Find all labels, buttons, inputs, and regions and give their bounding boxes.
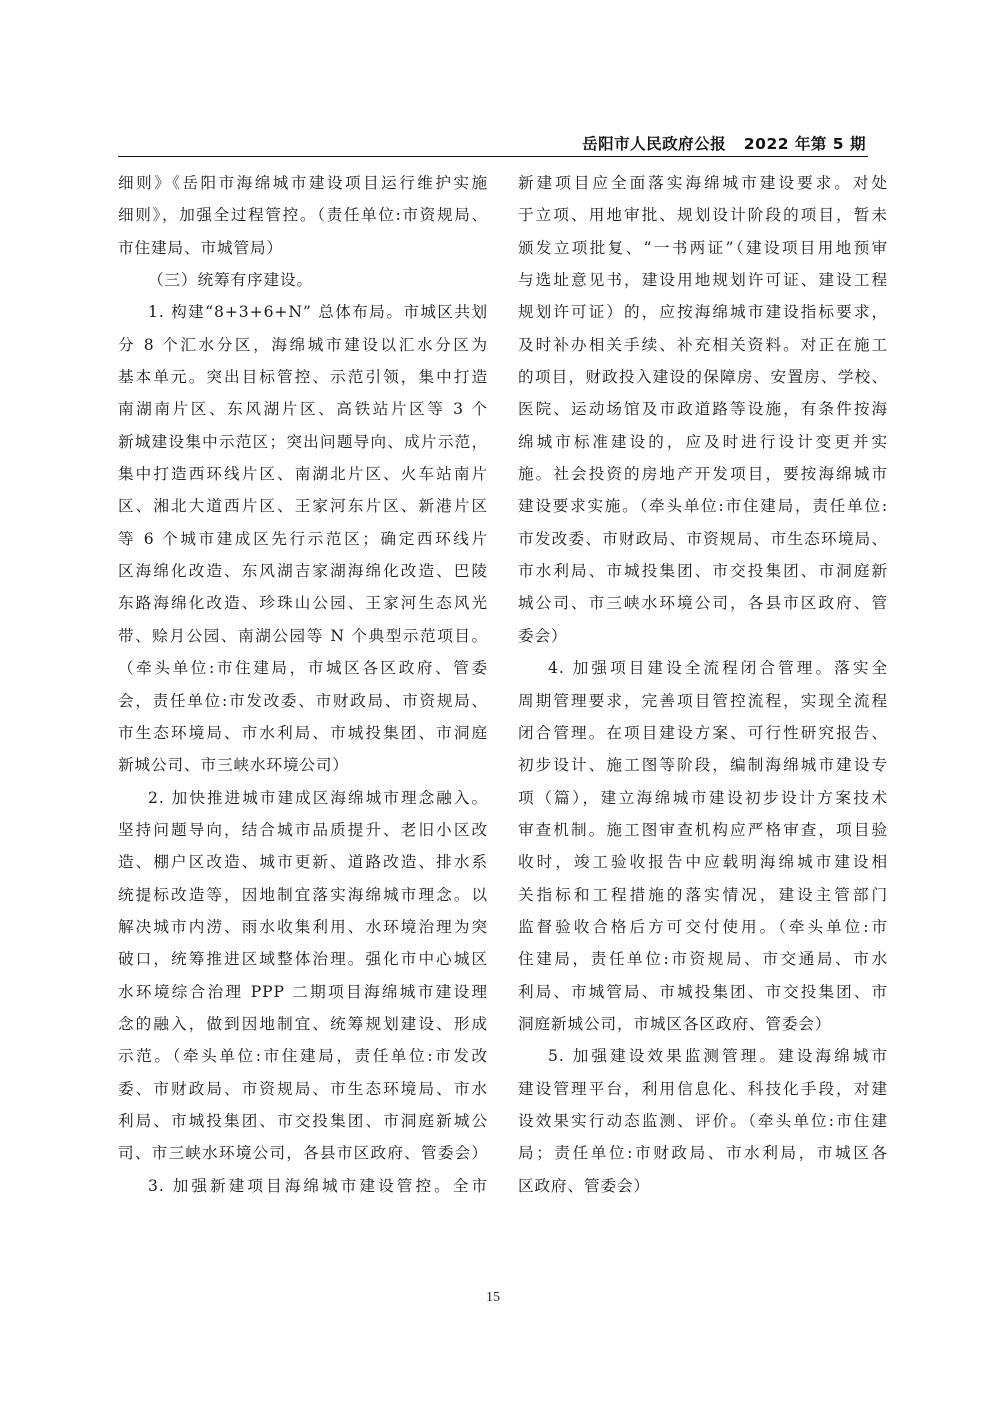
text-line: 审查机制。施工图审查机构应严格审查，项目验 bbox=[518, 814, 888, 846]
text-line: 的项目，财政投入建设的保障房、安置房、学校、 bbox=[518, 361, 888, 393]
text-line: 新城公司、市三峡水环境公司） bbox=[118, 749, 488, 781]
text-line: 建设管理平台，利用信息化、科技化手段，对建 bbox=[518, 1073, 888, 1105]
text-line: 医院、运动场馆及市政道路等设施，有条件按海 bbox=[518, 393, 888, 425]
text-line: 设效果实行动态监测、评价。（牵头单位:市住建 bbox=[518, 1105, 888, 1137]
text-line: 基本单元。突出目标管控、示范引领，集中打造 bbox=[118, 361, 488, 393]
text-line: 司、市三峡水环境公司，各县市区政府、管委会） bbox=[118, 1137, 488, 1169]
header-title: 岳阳市人民政府公报 2022 年第 5 期 bbox=[582, 132, 866, 154]
text-line: 颁发立项批复、“一书两证”（建设项目用地预审 bbox=[518, 232, 888, 264]
text-line: 新建项目应全面落实海绵城市建设要求。对处 bbox=[518, 167, 888, 199]
text-line: 坚持问题导向，结合城市品质提升、老旧小区改 bbox=[118, 814, 488, 846]
text-line: 集中打造西环线片区、南湖北片区、火车站南片 bbox=[118, 458, 488, 490]
text-line: 南湖南片区、东风湖片区、高铁站片区等 3 个 bbox=[118, 393, 488, 425]
text-line: 区政府、管委会） bbox=[518, 1170, 888, 1202]
text-line: 等 6 个城市建成区先行示范区；确定西环线片 bbox=[118, 523, 488, 555]
text-line: 利局、市城投集团、市交投集团、市洞庭新城公 bbox=[118, 1105, 488, 1137]
text-line: 绵城市标准建设的，应及时进行设计变更并实 bbox=[518, 426, 888, 458]
text-line: 项（篇），建立海绵城市建设初步设计方案技术 bbox=[518, 782, 888, 814]
text-line: 施。社会投资的房地产开发项目，要按海绵城市 bbox=[518, 458, 888, 490]
text-line: 洞庭新城公司，市城区各区政府、管委会） bbox=[518, 1008, 888, 1040]
text-line: 2. 加快推进城市建成区海绵城市理念融入。 bbox=[118, 782, 488, 814]
running-header: 岳阳市人民政府公报 2022 年第 5 期 bbox=[118, 128, 868, 157]
text-line: 造、棚户区改造、城市更新、道路改造、排水系 bbox=[118, 846, 488, 878]
text-line: 监督验收合格后方可交付使用。（牵头单位:市 bbox=[518, 911, 888, 943]
text-line: 带、赊月公园、南湖公园等 N 个典型示范项目。 bbox=[118, 620, 488, 652]
publication-name: 岳阳市人民政府公报 bbox=[582, 135, 726, 153]
text-line: （三）统筹有序建设。 bbox=[118, 264, 488, 296]
text-line: 统提标改造等，因地制宜落实海绵城市理念。以 bbox=[118, 879, 488, 911]
text-line: 委会） bbox=[518, 620, 888, 652]
text-line: 初步设计、施工图等阶段，编制海绵城市建设专 bbox=[518, 749, 888, 781]
text-line: 破口，统筹推进区域整体治理。强化市中心城区 bbox=[118, 943, 488, 975]
text-line: 区、湘北大道西片区、王家河东片区、新港片区 bbox=[118, 490, 488, 522]
text-line: （牵头单位:市住建局，市城区各区政府、管委 bbox=[118, 652, 488, 684]
text-line: 细则》，加强全过程管控。（责任单位:市资规局、 bbox=[118, 199, 488, 231]
text-line: 水环境综合治理 PPP 二期项目海绵城市建设理 bbox=[118, 976, 488, 1008]
text-line: 城公司、市三峡水环境公司，各县市区政府、管 bbox=[518, 587, 888, 619]
text-line: 东路海绵化改造、珍珠山公园、王家河生态风光 bbox=[118, 587, 488, 619]
text-line: 1. 构建“8+3+6+N” 总体布局。市城区共划 bbox=[118, 296, 488, 328]
text-line: 于立项、用地审批、规划设计阶段的项目，暂未 bbox=[518, 199, 888, 231]
text-line: 与选址意见书，建设用地规划许可证、建设工程 bbox=[518, 264, 888, 296]
text-line: 区海绵化改造、东风湖吉家湖海绵化改造、巴陵 bbox=[118, 555, 488, 587]
left-column: 细则》《岳阳市海绵城市建设项目运行维护实施细则》，加强全过程管控。（责任单位:市… bbox=[118, 167, 488, 1202]
text-line: 4. 加强项目建设全流程闭合管理。落实全 bbox=[518, 652, 888, 684]
text-line: 5. 加强建设效果监测管理。建设海绵城市 bbox=[518, 1040, 888, 1072]
text-line: 建设要求实施。（牵头单位:市住建局，责任单位: bbox=[518, 490, 888, 522]
text-line: 周期管理要求，完善项目管控流程，实现全流程 bbox=[518, 685, 888, 717]
text-line: 委、市财政局、市资规局、市生态环境局、市水 bbox=[118, 1073, 488, 1105]
text-line: 市生态环境局、市水利局、市城投集团、市洞庭 bbox=[118, 717, 488, 749]
text-line: 闭合管理。在项目建设方案、可行性研究报告、 bbox=[518, 717, 888, 749]
text-line: 及时补办相关手续、补充相关资料。对正在施工 bbox=[518, 329, 888, 361]
text-line: 收时，竣工验收报告中应载明海绵城市建设相 bbox=[518, 846, 888, 878]
text-line: 关指标和工程措施的落实情况，建设主管部门 bbox=[518, 879, 888, 911]
text-line: 局；责任单位:市财政局、市水利局，市城区各 bbox=[518, 1137, 888, 1169]
text-line: 解决城市内涝、雨水收集利用、水环境治理为突 bbox=[118, 911, 488, 943]
text-line: 念的融入，做到因地制宜、统筹规划建设、形成 bbox=[118, 1008, 488, 1040]
text-line: 规划许可证）的，应按海绵城市建设指标要求， bbox=[518, 296, 888, 328]
text-line: 会，责任单位:市发改委、市财政局、市资规局、 bbox=[118, 685, 488, 717]
text-line: 市住建局、市城管局） bbox=[118, 232, 488, 264]
text-line: 3. 加强新建项目海绵城市建设管控。全市 bbox=[118, 1170, 488, 1202]
text-line: 分 8 个汇水分区，海绵城市建设以汇水分区为 bbox=[118, 329, 488, 361]
issue-number: 2022 年第 5 期 bbox=[744, 135, 866, 153]
right-column: 新建项目应全面落实海绵城市建设要求。对处于立项、用地审批、规划设计阶段的项目，暂… bbox=[518, 167, 888, 1202]
text-line: 市发改委、市财政局、市资规局、市生态环境局、 bbox=[518, 523, 888, 555]
text-line: 市水利局、市城投集团、市交投集团、市洞庭新 bbox=[518, 555, 888, 587]
page-number: 15 bbox=[486, 1290, 500, 1306]
text-line: 住建局，责任单位:市资规局、市交通局、市水 bbox=[518, 943, 888, 975]
text-line: 细则》《岳阳市海绵城市建设项目运行维护实施 bbox=[118, 167, 488, 199]
text-line: 利局、市城管局、市城投集团、市交投集团、市 bbox=[518, 976, 888, 1008]
text-line: 新城建设集中示范区；突出问题导向、成片示范， bbox=[118, 426, 488, 458]
text-line: 示范。（牵头单位:市住建局，责任单位:市发改 bbox=[118, 1040, 488, 1072]
